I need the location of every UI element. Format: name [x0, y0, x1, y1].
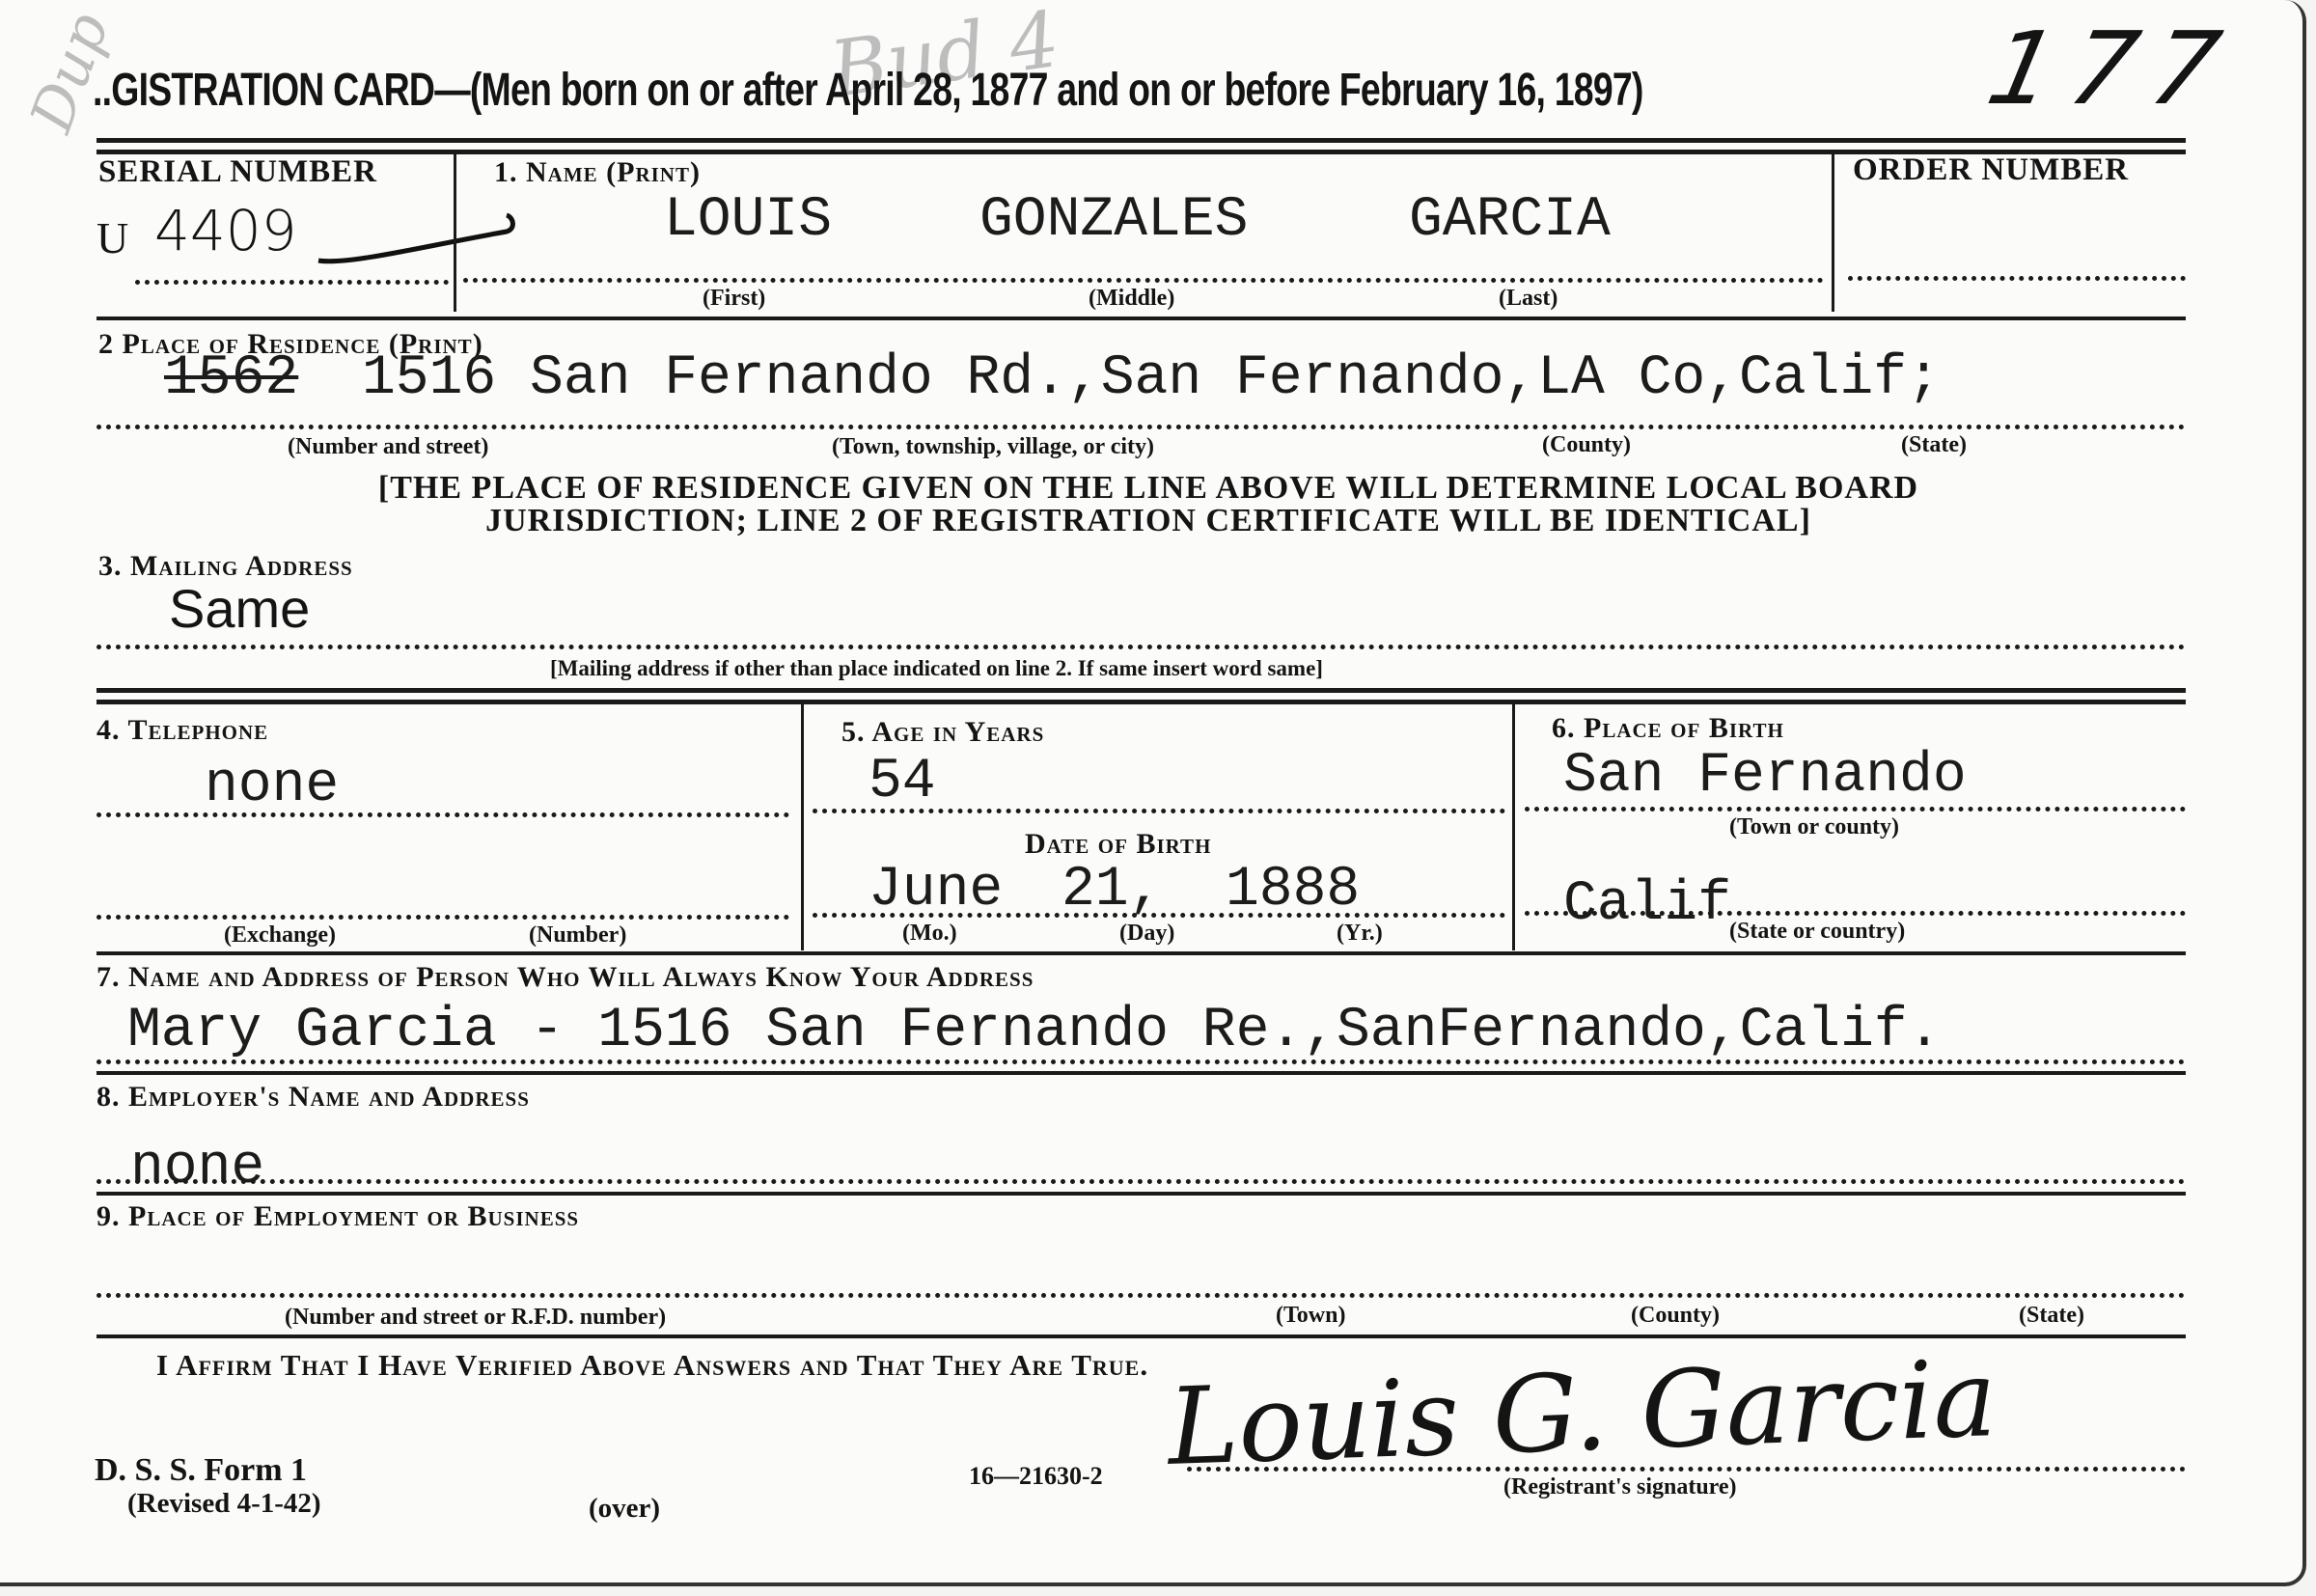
caption-street: (Number and street): [288, 434, 488, 460]
mailing-address-caption: [Mailing address if other than place ind…: [550, 656, 1323, 681]
rule: [96, 951, 2186, 955]
order-number-label: ORDER NUMBER: [1853, 152, 2129, 188]
employment-place-label: 9. Place of Employment or Business: [96, 1200, 579, 1233]
caption-number: (Number): [529, 922, 626, 949]
handwritten-order-number: 177: [1979, 10, 2247, 127]
print-code: 16—21630-2: [969, 1462, 1103, 1491]
employer-value: none: [130, 1137, 264, 1199]
registration-card: Bud 4 Dup ..GISTRATION CARD—(Men born on…: [0, 0, 2306, 1586]
caption-year: (Yr.): [1337, 921, 1383, 947]
serial-number-value: 4409: [154, 198, 297, 263]
rule: [96, 1071, 2186, 1075]
employer-line: [96, 1179, 2186, 1184]
residence-line: [96, 425, 2186, 429]
telephone-value: none: [205, 755, 339, 817]
residence-notice-line2: JURISDICTION; LINE 2 OF REGISTRATION CER…: [232, 504, 2065, 538]
caption-state: (State): [1901, 432, 1967, 458]
caption-county: (County): [1542, 432, 1631, 458]
name-middle: GONZALES: [979, 189, 1248, 252]
dob-label: Date of Birth: [1025, 828, 1211, 861]
birthplace-label: 6. Place of Birth: [1552, 712, 1784, 745]
caption-employment-street: (Number and street or R.F.D. number): [285, 1305, 666, 1331]
telephone-line: [96, 812, 789, 817]
rule: [96, 1335, 2186, 1338]
caption-exchange: (Exchange): [224, 922, 336, 949]
caption-employment-state: (State): [2019, 1303, 2084, 1329]
contact-line: [96, 1059, 2186, 1064]
caption-town-or-county: (Town or county): [1729, 814, 1899, 840]
caption-month: (Mo.): [902, 921, 957, 947]
caption-employment-town: (Town): [1276, 1303, 1345, 1329]
age-label: 5. Age in Years: [841, 716, 1044, 749]
age-line: [813, 809, 1505, 813]
rule: [96, 688, 2186, 693]
employment-place-line: [96, 1293, 2186, 1298]
caption-state-or-country: (State or country): [1729, 919, 1905, 945]
rule: [96, 700, 2186, 704]
divider: [801, 704, 804, 950]
rule: [96, 316, 2186, 320]
form-number: D. S. S. Form 1: [95, 1452, 307, 1489]
name-line: [463, 278, 1824, 283]
over-indicator: (over): [589, 1493, 660, 1525]
telephone-number-line: [96, 915, 789, 920]
contact-label: 7. Name and Address of Person Who Will A…: [96, 961, 1034, 994]
divider: [454, 152, 456, 312]
age-value: 54: [868, 751, 936, 813]
contact-value: Mary Garcia - 1516 San Fernando Re.,SanF…: [127, 1000, 1942, 1062]
name-last: GARCIA: [1409, 189, 1611, 252]
birthplace-state: Calif: [1563, 873, 1731, 936]
divider: [1832, 152, 1834, 312]
order-number-line: [1848, 276, 2186, 281]
residence-value: 1516 San Fernando Rd.,San Fernando,LA Co…: [362, 347, 1941, 410]
caption-day: (Day): [1119, 921, 1174, 947]
divider: [1512, 704, 1515, 950]
caption-middle: (Middle): [1089, 286, 1174, 312]
mailing-address-value: Same: [169, 577, 310, 640]
form-revision: (Revised 4-1-42): [127, 1488, 321, 1520]
employer-label: 8. Employer's Name and Address: [96, 1081, 530, 1114]
rule: [96, 138, 2186, 143]
birthplace-town: San Fernando: [1563, 745, 1967, 808]
birthplace-state-line: [1525, 911, 2186, 916]
signature-caption: (Registrant's signature): [1503, 1474, 1737, 1500]
caption-town: (Town, township, village, or city): [832, 434, 1154, 460]
residence-struck-number: 1562: [164, 347, 298, 410]
residence-notice-line1: [THE PLACE OF RESIDENCE GIVEN ON THE LIN…: [232, 471, 2065, 506]
signature-line: [1187, 1467, 2186, 1472]
mailing-address-line: [96, 645, 2186, 649]
name-label: 1. Name (Print): [494, 156, 701, 189]
caption-last: (Last): [1499, 286, 1558, 312]
serial-prefix: U: [96, 212, 128, 263]
telephone-label: 4. Telephone: [96, 714, 268, 747]
affirmation-text: I Affirm That I Have Verified Above Answ…: [156, 1348, 1148, 1383]
card-title: ..GISTRATION CARD—(Men born on or after …: [93, 64, 1643, 117]
serial-line: [135, 280, 449, 285]
birthplace-town-line: [1525, 807, 2186, 812]
dob-line: [813, 913, 1505, 918]
caption-first: (First): [703, 286, 765, 312]
serial-check-stroke: [309, 207, 521, 275]
caption-employment-county: (County): [1631, 1303, 1720, 1329]
serial-number-label: SERIAL NUMBER: [98, 154, 377, 190]
name-first: LOUIS: [664, 189, 832, 252]
rule: [96, 1192, 2186, 1196]
